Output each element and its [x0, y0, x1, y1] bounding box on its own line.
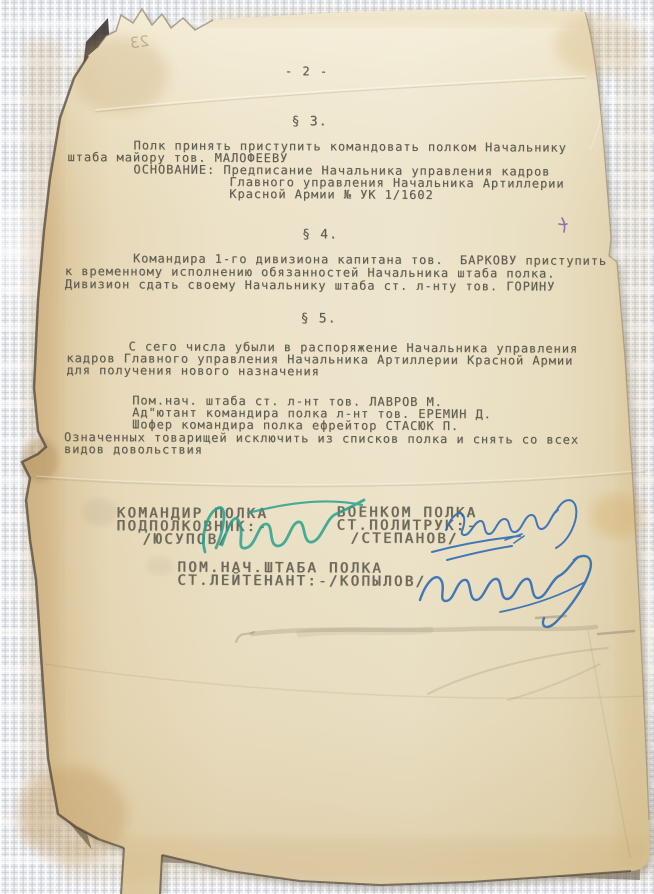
handwritten-ink-layer — [0, 0, 654, 894]
yusupov-signature-ink — [203, 500, 364, 552]
pencil-smudge-marks — [236, 616, 634, 700]
photo-of-document: 23 - 2 - § 3. Полк принять приступить ко… — [0, 0, 654, 894]
stepanov-signature-ink — [432, 500, 576, 560]
purple-check-mark — [559, 218, 567, 232]
